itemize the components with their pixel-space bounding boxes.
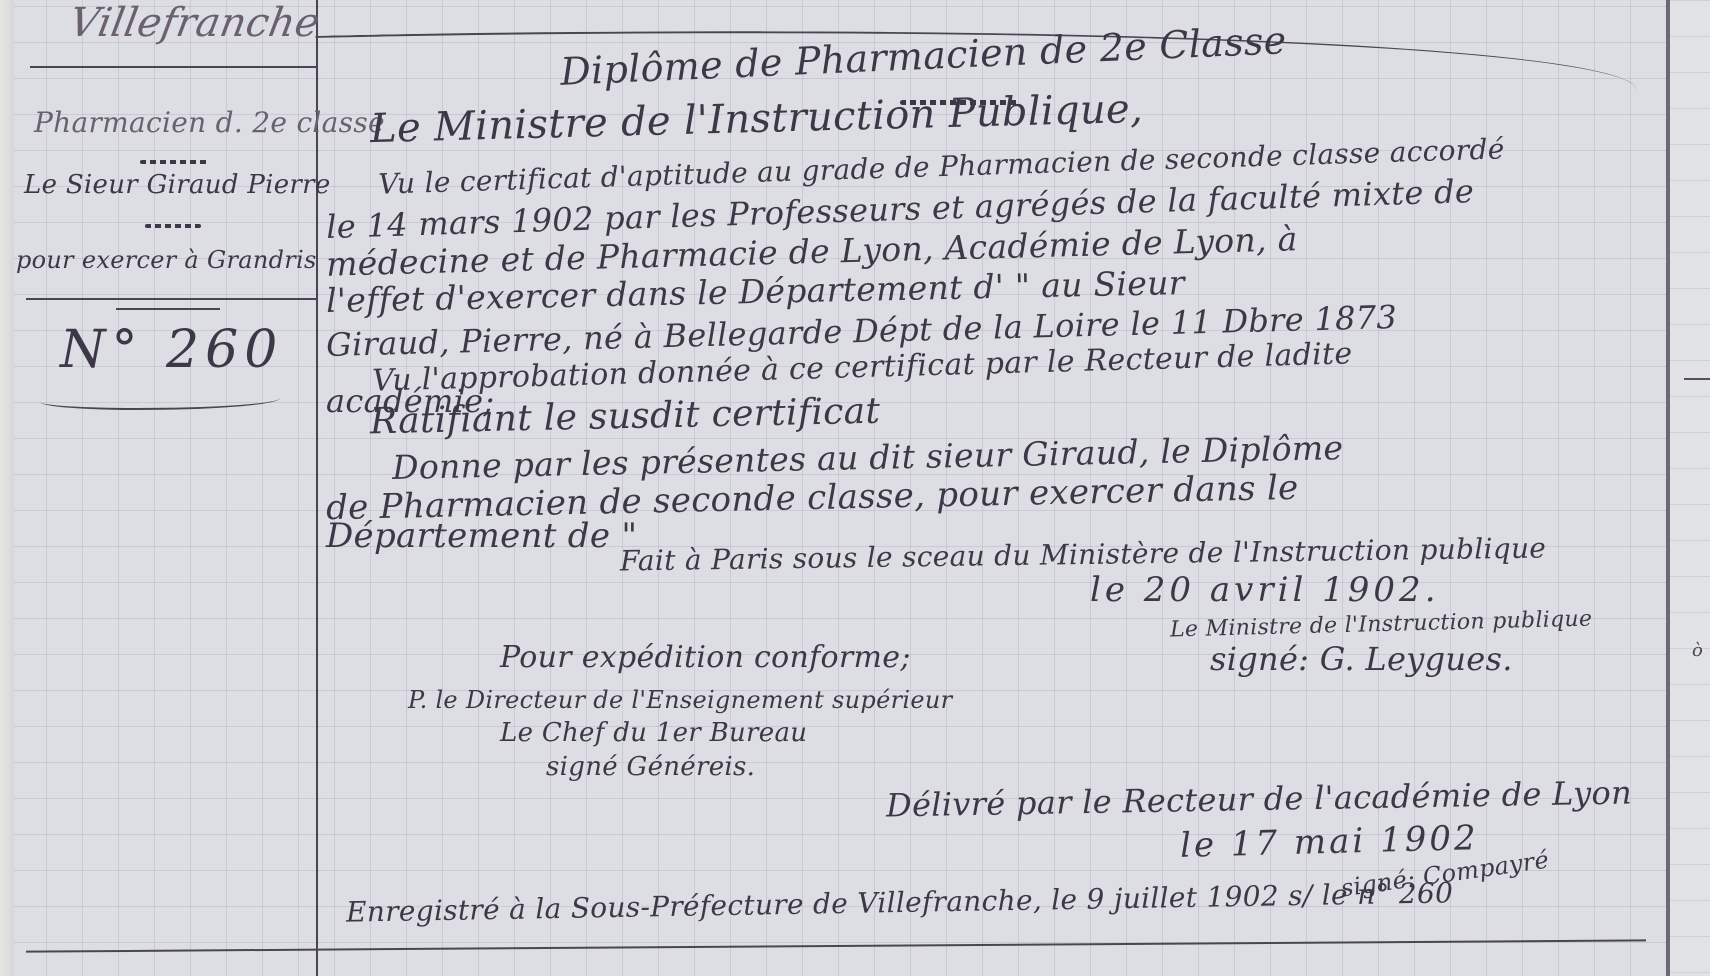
body-line-12: Département de "	[326, 516, 637, 556]
margin-number-rule	[26, 298, 316, 300]
director-line: P. le Directeur de l'Enseignement supéri…	[408, 686, 952, 714]
bureau-signature: signé Généreis.	[546, 752, 755, 782]
entry-bottom-rule	[26, 939, 1646, 952]
delivered-by: Délivré par le Recteur de l'académie de …	[886, 773, 1633, 824]
page-left-edge	[0, 0, 14, 976]
name-underline-flourish	[140, 160, 210, 164]
expedition-conforme: Pour expédition conforme;	[500, 640, 911, 675]
minister-title: Le Ministre de l'Instruction publique	[1170, 606, 1593, 642]
name-underline-flourish-2	[145, 224, 201, 228]
facing-page-glyph: ò	[1692, 640, 1703, 661]
number-flourish	[40, 390, 280, 410]
margin-holder-name: Le Sieur Giraud Pierre	[24, 170, 331, 200]
margin-number-rule-short	[116, 308, 220, 310]
margin-column-divider	[316, 0, 318, 976]
done-date: le 20 avril 1902.	[1090, 570, 1440, 610]
previous-entry-fragment: Villefranche	[66, 0, 323, 46]
margin-purpose: pour exercer à Grandris	[16, 246, 317, 274]
minister-signature: signé: G. Leygues.	[1210, 640, 1513, 678]
margin-entry-number: N° 260	[60, 320, 283, 380]
margin-entry-title: Pharmacien d. 2e classe	[34, 106, 385, 139]
bureau-chief: Le Chef du 1er Bureau	[500, 718, 807, 748]
entry-top-rule-margin	[30, 66, 316, 68]
registration-line: Enregistré à la Sous-Préfecture de Ville…	[346, 876, 1454, 928]
register-page: Villefranche Pharmacien d. 2e classe Le …	[0, 0, 1670, 976]
delivered-date: le 17 mai 1902	[1180, 818, 1480, 866]
facing-page-rule-mark	[1684, 378, 1710, 380]
facing-page-edge	[1670, 0, 1710, 976]
